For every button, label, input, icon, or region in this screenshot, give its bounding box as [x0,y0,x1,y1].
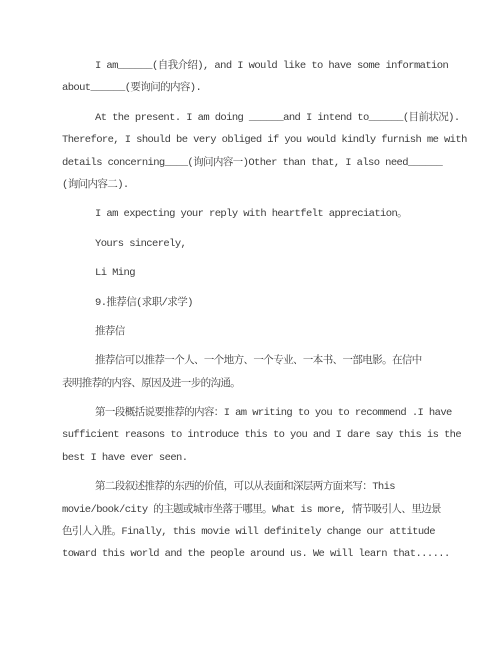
paragraph: Li Ming [62,262,452,284]
text-line: 推荐信 [62,321,452,343]
text-line: Li Ming [62,262,452,284]
text-line: At the present. I am doing ______and I i… [62,107,452,129]
text-line: sufficient reasons to introduce this to … [62,424,452,446]
text-line: Yours sincerely, [62,233,452,255]
text-line: 9.推荐信(求职/求学) [62,292,452,314]
paragraph: 第二段叙述推荐的东西的价值，可以从表面和深层两方面来写：Thismovie/bo… [62,476,452,566]
paragraph: Yours sincerely, [62,233,452,255]
text-line: Therefore, I should be very obliged if y… [62,129,452,151]
paragraph: 推荐信可以推荐一个人、一个地方、一个专业、一本书、一部电影。在信中表明推荐的内容… [62,350,452,395]
paragraph: 第一段概括说要推荐的内容：I am writing to you to reco… [62,402,452,469]
text-line: about______(要询问的内容). [62,77,452,99]
text-line: 推荐信可以推荐一个人、一个地方、一个专业、一本书、一部电影。在信中 [62,350,452,372]
text-line: 第二段叙述推荐的东西的价值，可以从表面和深层两方面来写：This [62,476,452,498]
text-line: details concerning____(询问内容一)Other than … [62,152,452,174]
text-line: 表明推荐的内容、原因及进一步的沟通。 [62,373,452,395]
paragraph: I am expecting your reply with heartfelt… [62,203,452,225]
paragraph: At the present. I am doing ______and I i… [62,107,452,197]
text-line: toward this world and the people around … [62,543,452,565]
text-line: I am expecting your reply with heartfelt… [62,203,452,225]
text-line: best I have ever seen. [62,447,452,469]
text-line: 色引人入胜。Finally, this movie will definitel… [62,521,452,543]
text-line: (询问内容二). [62,174,452,196]
text-line: movie/book/city 的主题或城市坐落于哪里。What is more… [62,499,452,521]
paragraph: I am______(自我介绍), and I would like to ha… [62,55,452,100]
text-line: 第一段概括说要推荐的内容：I am writing to you to reco… [62,402,452,424]
document-body: I am______(自我介绍), and I would like to ha… [0,0,500,566]
paragraph: 9.推荐信(求职/求学) [62,292,452,314]
text-line: I am______(自我介绍), and I would like to ha… [62,55,452,77]
paragraph: 推荐信 [62,321,452,343]
document-page: I am______(自我介绍), and I would like to ha… [0,0,500,647]
